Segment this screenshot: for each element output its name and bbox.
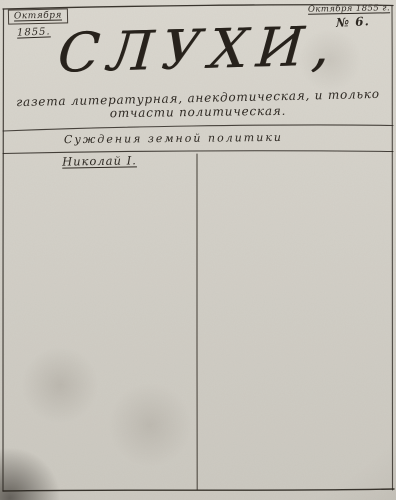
section-header: Суждения земной политики bbox=[64, 131, 283, 146]
masthead-title: СЛУХИ, bbox=[36, 14, 361, 86]
date-box-month: Октября bbox=[14, 10, 62, 21]
page-border-right bbox=[392, 6, 393, 490]
issue-date-line: Октября 1855 г. bbox=[308, 3, 390, 14]
manuscript-page: Октября 1855. Октября 1855 г. № 6. СЛУХИ… bbox=[0, 0, 396, 500]
page-border-left bbox=[3, 9, 4, 491]
